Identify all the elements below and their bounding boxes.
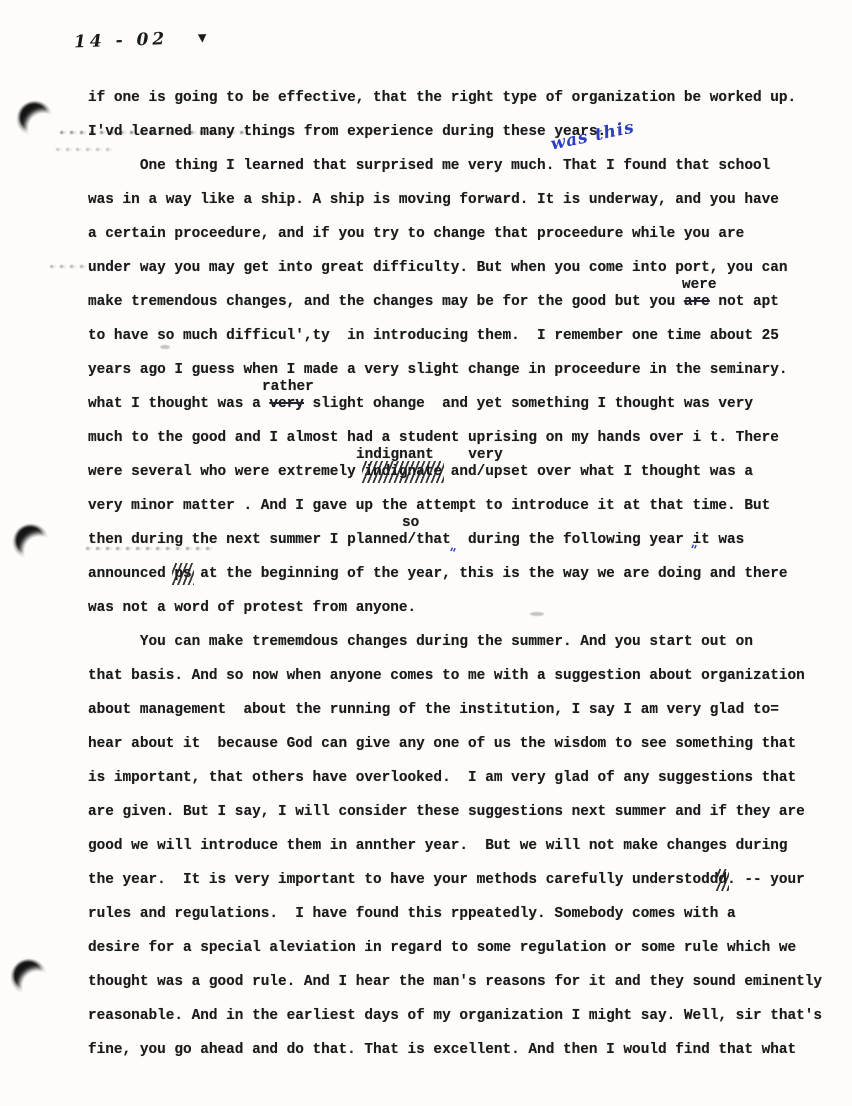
- typed-line: years ago I guess when I made a very sli…: [88, 362, 788, 379]
- struck-text: are: [684, 294, 710, 310]
- typed-line: announced ps at the beginning of the yea…: [88, 566, 788, 583]
- handwritten-annotation: was this: [549, 117, 637, 154]
- typed-line: were several who were extremely indignat…: [88, 464, 753, 481]
- punch-hole-shadow: [13, 524, 49, 560]
- typed-line: a certain proceedure, and if you try to …: [88, 226, 744, 243]
- typed-line: One thing I learned that surprised me ve…: [88, 158, 770, 175]
- struck-text: ps: [174, 566, 191, 583]
- struck-text: indignate: [364, 464, 442, 481]
- typed-line: fine, you go ahead and do that. That is …: [88, 1042, 796, 1059]
- speck: [160, 345, 170, 349]
- smudge: [50, 265, 90, 268]
- typed-line: if one is going to be effective, that th…: [88, 90, 796, 107]
- typed-line: under way you may get into great difficu…: [88, 260, 788, 277]
- typed-line: about management about the running of th…: [88, 702, 779, 719]
- interline-correction: were: [682, 277, 717, 294]
- smudge: [56, 148, 116, 151]
- typed-line: that basis. And so now when anyone comes…: [88, 668, 805, 685]
- typed-line: I'vd learned many things from experience…: [88, 124, 606, 141]
- punch-hole-shadow: [17, 101, 53, 137]
- typed-line: are given. But I say, I will consider th…: [88, 804, 805, 821]
- typed-line: then during the next summer I planned/th…: [88, 532, 744, 549]
- typed-line: hear about it because God can give any o…: [88, 736, 796, 753]
- typed-line: rules and regulations. I have found this…: [88, 906, 736, 923]
- punch-hole-shadow: [11, 959, 47, 995]
- typed-line: very minor matter . And I gave up the at…: [88, 498, 770, 515]
- typed-line: much to the good and I almost had a stud…: [88, 430, 779, 447]
- typed-line: the year. It is very important to have y…: [88, 872, 805, 889]
- typed-line: to have so much difficul',ty in introduc…: [88, 328, 779, 345]
- typed-line: desire for a special aleviation in regar…: [88, 940, 796, 957]
- struck-text: very: [269, 396, 304, 412]
- struck-text: d: [718, 872, 727, 889]
- typed-line: was in a way like a ship. A ship is movi…: [88, 192, 779, 209]
- typed-line: what I thought was a very slight ohange …: [88, 396, 753, 413]
- handwritten-page-number: 14 - 02 ▾: [74, 28, 211, 53]
- interline-correction: rather: [262, 379, 314, 396]
- typed-line: reasonable. And in the earliest days of …: [88, 1008, 822, 1025]
- typed-line: is important, that others have overlooke…: [88, 770, 796, 787]
- scanned-typewritten-page: 14 - 02 ▾ if one is going to be effectiv…: [0, 0, 852, 1106]
- typed-line: thought was a good rule. And I hear the …: [88, 974, 822, 991]
- speck: [530, 612, 544, 616]
- typed-line: You can make trememdous changes during t…: [88, 634, 753, 651]
- typed-line: make tremendous changes, and the changes…: [88, 294, 779, 311]
- typed-line: was not a word of protest from anyone.: [88, 600, 416, 617]
- interline-correction: so: [402, 515, 419, 532]
- typed-line: good we will introduce them in annther y…: [88, 838, 788, 855]
